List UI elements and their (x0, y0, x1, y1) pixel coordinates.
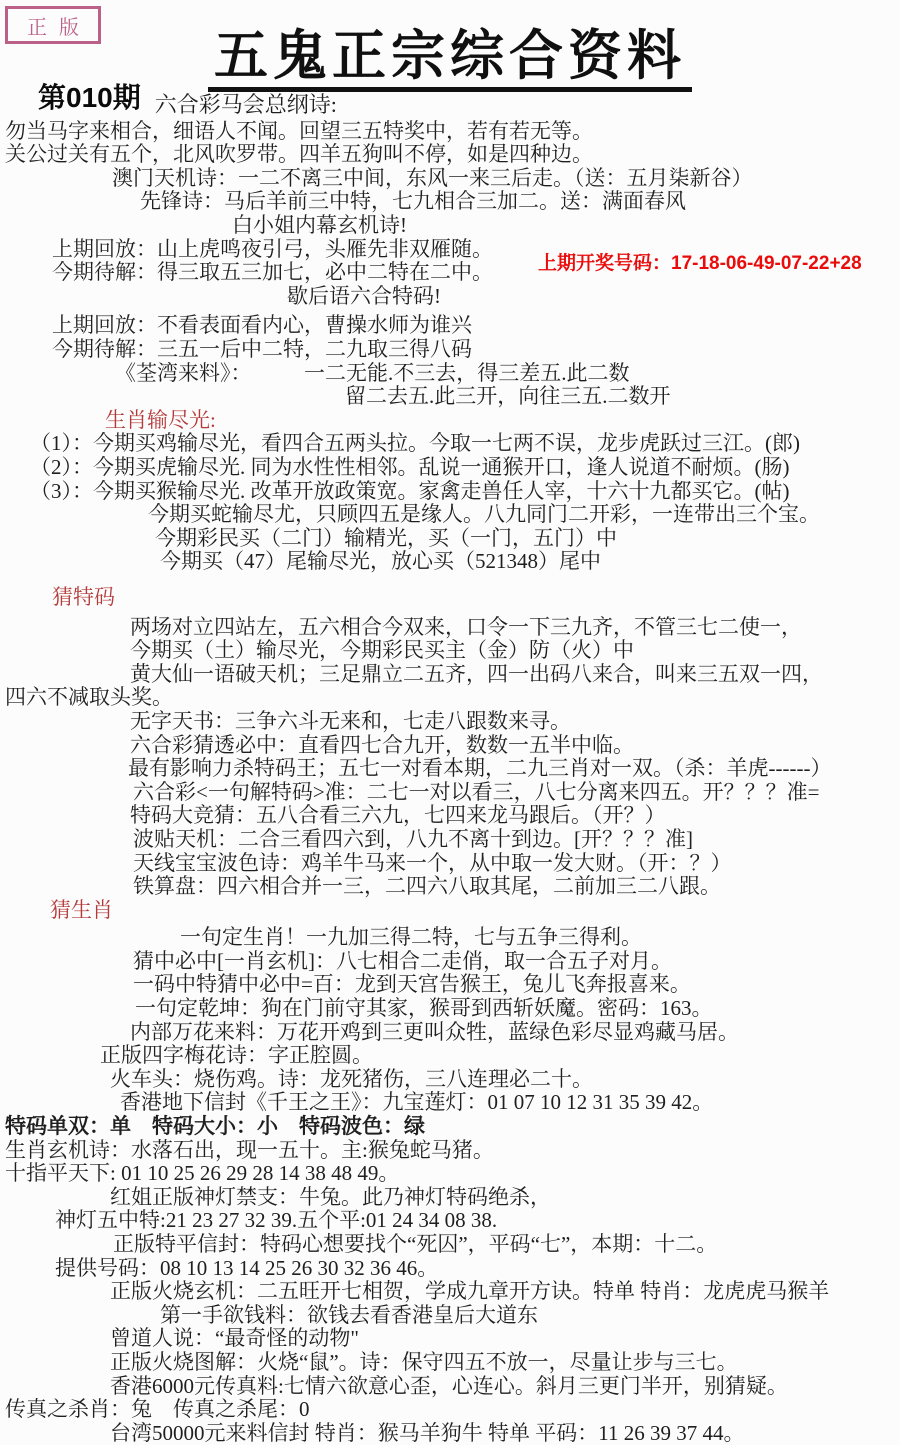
text-line: （3）：今期买猴输尽光. 改革开放政策宽。家禽走兽任人宰，十六十九都买它。(帖) (0, 480, 900, 504)
text-line: 生肖玄机诗：水落石出，现一五十。主:猴兔蛇马猪。 (0, 1139, 900, 1163)
stamp-label: 正版 (15, 11, 91, 40)
text-line: （2）：今期买虎输尽光. 同为水性性相邻。乱说一通猴开口，逢人说道不耐烦。(肠) (0, 456, 900, 480)
intro-label: 六合彩马会总纲诗: (155, 88, 337, 119)
text-line: 波贴天机：二合三看四六到，八九不离十到边。[开？？？准] (0, 828, 900, 852)
page-title: 五鬼正宗综合资料 (208, 28, 692, 92)
text-line: 黄大仙一语破天机；三足鼎立二五齐，四一出码八来合，叫来三五双一四， (0, 663, 900, 687)
text-line: 白小姐内幕玄机诗! (0, 214, 900, 238)
text-line: 神灯五中特:21 23 27 32 39.五个平:01 24 34 08 38. (0, 1209, 900, 1233)
section-heading: 猜生肖 (0, 899, 900, 923)
text-line: 一码中特猜中必中=百：龙到天宫告猴王，兔儿飞奔报喜来。 (0, 973, 900, 997)
text-line: 红姐正版神灯禁支：牛兔。此乃神灯特码绝杀， (0, 1186, 900, 1210)
text-line: 第一手欲钱料：欲钱去看香港皇后大道东 (0, 1304, 900, 1328)
text-line: 特码单双：单 特码大小：小 特码波色：绿 (0, 1115, 900, 1139)
text-line: 今期彩民买（二门）输精光，买（一门，五门）中 (0, 527, 900, 551)
document-page: 正版 五鬼正宗综合资料 第010期 六合彩马会总纲诗: 上期开奖号码：17-18… (0, 0, 900, 1445)
text-line: 正版四字梅花诗：字正腔圆。 (0, 1044, 900, 1068)
text-line: 正版火烧玄机：二五旺开七相贺，学成九章开方诀。特单 特肖：龙虎虎马猴羊 (0, 1280, 900, 1304)
text-line: 上期回放：不看表面看内心，曹操水师为谁兴 (0, 314, 900, 338)
text-line: （1）：今期买鸡输尽光，看四合五两头拉。今取一七两不误，龙步虎跃过三江。(郎) (0, 432, 900, 456)
text-line: 留二去五.此三开，向往三五.二数开 (0, 385, 900, 409)
text-line: 曾道人说：“最奇怪的动物" (0, 1327, 900, 1351)
text-line: 最有影响力杀特码王；五七一对看本期，二九三肖对一双。（杀：羊虎------） (0, 757, 900, 781)
text-line: 十指平天下: 01 10 25 26 29 28 14 38 48 49。 (0, 1162, 900, 1186)
text-line: 六合彩猜透必中：直看四七合九开，数数一五半中临。 (0, 734, 900, 758)
text-line: 一句定乾坤：狗在门前守其家，猴哥到西斩妖魔。密码：163。 (0, 997, 900, 1021)
content-lines: 勿当马字来相合，细语人不闻。回望三五特奖中，若有若无等。关公过关有五个，北风吹罗… (0, 120, 900, 1445)
text-line: 今期买（47）尾输尽光，放心买（521348）尾中 (0, 550, 900, 574)
text-line: 两场对立四站左，五六相合今双来，口令一下三九齐，不管三七二使一， (0, 616, 900, 640)
text-line: 香港地下信封《千王之王》：九宝莲灯：01 07 10 12 31 35 39 4… (0, 1091, 900, 1115)
last-draw-numbers: 上期开奖号码：17-18-06-49-07-22+28 (538, 248, 862, 275)
text-line: 传真之杀肖：兔 传真之杀尾：0 (0, 1398, 900, 1422)
authenticity-stamp: 正版 (5, 6, 101, 44)
text-line: 火车头：烧伤鸡。诗：龙死猪伤，三八连理必二十。 (0, 1068, 900, 1092)
text-line: 《荃湾来料》： 一二无能.不三去，得三差五.此二数 (0, 362, 900, 386)
text-line: 澳门天机诗：一二不离三中间，东风一来三后走。（送：五月柒新谷） (0, 167, 900, 191)
text-line: 正版火烧图解：火烧“鼠”。诗：保守四五不放一，尽量让步与三七。 (0, 1351, 900, 1375)
text-line: 一句定生肖！一九加三得二特，七与五争三得利。 (0, 926, 900, 950)
text-line: 正版特平信封：特码心想要找个“死囚”，平码“七”，本期：十二。 (0, 1233, 900, 1257)
text-line: 香港6000元传真料:七情六欲意心歪，心连心。斜月三更门半开，别猜疑。 (0, 1375, 900, 1399)
text-line: 台湾50000元来料信封 特肖：猴马羊狗牛 特单 平码：11 26 39 37 … (0, 1422, 900, 1445)
text-line: 今期买蛇输尽尤，只顾四五是缘人。八九同门二开彩，一连带出三个宝。 (0, 503, 900, 527)
text-line: 六合彩<一句解特码>准：二七一对以看三，八七分离来四五。开？？？准= (0, 781, 900, 805)
text-line: 内部万花来料：万花开鸡到三更叫众牲，蓝绿色彩尽显鸡藏马居。 (0, 1021, 900, 1045)
text-line: 猜中必中[一肖玄机]：八七相合二走俏，取一合五子对月。 (0, 950, 900, 974)
text-line: 歇后语六合特码! (0, 285, 900, 309)
text-line: 关公过关有五个，北风吹罗带。四羊五狗叫不停，如是四种边。 (0, 143, 900, 167)
section-heading: 生肖输尽光: (0, 409, 900, 433)
issue-number: 第010期 (38, 76, 141, 116)
section-heading: 猜特码 (0, 586, 900, 610)
text-line: 提供号码：08 10 13 14 25 26 30 32 36 46。 (0, 1257, 900, 1281)
text-line: 特码大竞猜：五八合看三六九，七四来龙马跟后。（开？） (0, 804, 900, 828)
text-line: 今期买（土）输尽光，今期彩民买主（金）防（火）中 (0, 639, 900, 663)
text-line: 无字天书：三争六斗无来和，七走八跟数来寻。 (0, 710, 900, 734)
text-line: 勿当马字来相合，细语人不闻。回望三五特奖中，若有若无等。 (0, 120, 900, 144)
text-line: 铁算盘：四六相合并一三，二四六八取其尾，二前加三二八跟。 (0, 875, 900, 899)
text-line: 先锋诗：马后羊前三中特，七九相合三加二。送：满面春风 (0, 190, 900, 214)
text-line: 今期待解：三五一后中二特，二九取三得八码 (0, 338, 900, 362)
text-line: 天线宝宝波色诗：鸡羊牛马来一个，从中取一发大财。（开：？） (0, 852, 900, 876)
text-line: 四六不减取头奖。 (0, 686, 900, 710)
